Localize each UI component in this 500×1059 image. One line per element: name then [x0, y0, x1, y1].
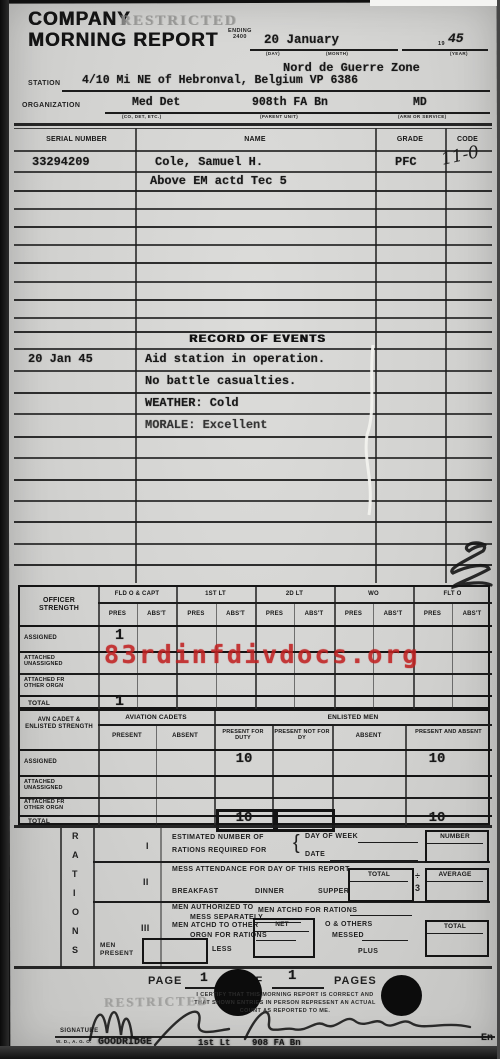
soldier-note: Above EM actd Tec 5 — [150, 174, 287, 188]
total-box-label: TOTAL — [348, 871, 410, 878]
rations-letter: N — [72, 927, 79, 937]
month-sublabel: (MONTH) — [326, 52, 348, 57]
event-line-2: No battle casualties. — [145, 374, 296, 388]
org-arm-sublabel: (ARM OR SERVICE) — [398, 115, 447, 120]
abst-label: ABS'T — [294, 611, 334, 618]
rule — [14, 479, 492, 481]
edge-text-fragment: En — [481, 1033, 493, 1044]
pres-label: PRES — [334, 611, 373, 618]
average-box-rule — [427, 881, 483, 882]
rations-numeral-3: III — [141, 924, 150, 934]
row-total: TOTAL — [28, 700, 88, 707]
abst-label: ABS'T — [137, 611, 176, 618]
pres-label: PRES — [413, 611, 452, 618]
soldier-grade: PFC — [395, 155, 417, 169]
rule — [14, 370, 492, 372]
org-parent-sublabel: (PARENT UNIT) — [260, 115, 298, 120]
rule — [14, 128, 492, 130]
divide-sign: ÷ — [415, 872, 420, 882]
row-att-other: ATTACHED FR OTHER ORGN — [24, 677, 84, 690]
grid-line — [98, 724, 492, 726]
pres-label: PRES — [176, 611, 216, 618]
day-underline — [358, 842, 418, 843]
rations-estimated-2: RATIONS REQUIRED FOR — [172, 847, 267, 855]
row-att-unassigned: ATTACHED UNASSIGNED — [24, 779, 84, 792]
rule — [14, 190, 492, 192]
rations-border — [60, 827, 62, 967]
organization-label: ORGANIZATION — [22, 102, 80, 110]
station-value: 4/10 Mi NE of Hebronval, Belgium VP 6386 — [82, 74, 358, 87]
row-assigned: ASSIGNED — [24, 635, 94, 642]
rations-total-box-rule — [427, 933, 483, 934]
officer-total-pres-value: 1 — [100, 693, 139, 710]
officer-group-1: 1ST LT — [176, 591, 255, 598]
typed-officer-unit: 908 FA Bn — [252, 1038, 301, 1048]
rule — [14, 244, 492, 246]
pres-label: PRES — [255, 611, 294, 618]
year-sublabel: (YEAR) — [450, 52, 468, 57]
men-present-box — [142, 938, 208, 964]
col-grade: GRADE — [375, 136, 445, 144]
rations-date: DATE — [305, 851, 325, 859]
rations-letter: T — [72, 870, 78, 880]
net-box-label: NET — [253, 921, 311, 928]
rule — [14, 171, 492, 173]
pages-label: PAGES — [334, 975, 377, 987]
rations-brace: { — [293, 832, 300, 854]
rations-letter: S — [72, 946, 78, 956]
rations-border — [93, 827, 95, 967]
day-sublabel: (DAY) — [266, 52, 280, 57]
o-and-others-label: O & OTHERS — [325, 921, 373, 929]
event-line-4: MORALE: Excellent — [145, 418, 267, 432]
rule — [14, 825, 492, 828]
messed-label: MESSED — [332, 932, 364, 940]
col-present-and-absent: PRESENT AND ABSENT — [407, 729, 490, 735]
enlisted-assigned-presabs-value: 10 — [407, 751, 467, 767]
rations-estimated-1: ESTIMATED NUMBER OF — [172, 834, 264, 842]
ending-label: ENDING 2400 — [228, 28, 252, 40]
abst-label: ABS'T — [452, 611, 492, 618]
form-title-line1: COMPANY — [28, 10, 131, 31]
rule — [14, 436, 492, 438]
org-parent-value: 908th FA Bn — [252, 96, 328, 109]
rule — [14, 564, 492, 566]
grid-line — [98, 711, 100, 827]
rations-day-of-week: DAY OF WEEK — [305, 833, 358, 841]
event-date: 20 Jan 45 — [28, 352, 93, 366]
dinner-label: DINNER — [255, 888, 284, 896]
paper-crease — [355, 340, 385, 520]
org-unit-value: Med Det — [132, 96, 180, 109]
date-underline-2 — [330, 860, 418, 861]
divide-three: 3 — [415, 884, 420, 894]
col-present: PRESENT — [98, 733, 156, 740]
breakfast-label: BREAKFAST — [172, 888, 218, 896]
rule — [14, 317, 492, 319]
row-att-unassigned: ATTACHED UNASSIGNED — [24, 655, 84, 668]
mess-attendance-label: MESS ATTENDANCE FOR DAY OF THIS REPORT — [172, 866, 350, 874]
officer-group-3: WO — [334, 591, 413, 598]
soldier-serial: 33294209 — [32, 155, 90, 169]
rule — [14, 521, 492, 523]
photo-top-right-edge — [370, 0, 500, 6]
grid-line — [20, 625, 492, 627]
officer-group-0: FLD O & CAPT — [98, 591, 176, 598]
event-line-1: Aid station in operation. — [145, 352, 325, 366]
men-atchd-other-label: MEN ATCHD TO OTHER — [172, 922, 258, 930]
row-assigned: ASSIGNED — [24, 759, 94, 766]
aviation-cadets-group: AVIATION CADETS — [98, 714, 214, 721]
less-label: LESS — [212, 946, 232, 954]
form-number-smallprint: W. D., A. G. O. — [56, 1040, 92, 1045]
rule — [14, 500, 492, 502]
col-absent: ABSENT — [156, 733, 214, 740]
year-preprint: 19 — [438, 41, 445, 47]
abst-label: ABS'T — [373, 611, 413, 618]
rule — [14, 208, 492, 210]
typed-officer-rank: 1st Lt — [198, 1038, 230, 1048]
men-authorized-label: MEN AUTHORIZED TO — [172, 904, 253, 912]
number-box-rule — [427, 843, 483, 844]
net-box-rule — [255, 931, 309, 932]
rations-letter: I — [73, 889, 76, 899]
col-present-for-duty: PRESENT FOR DUTY — [216, 729, 270, 742]
grid-line — [20, 695, 492, 697]
officer-stub-title: OFFICER STRENGTH — [24, 597, 94, 613]
col-present-not-for-dy: PRESENT NOT FOR DY — [274, 729, 330, 742]
rule — [14, 543, 492, 545]
page-number: 1 — [200, 970, 208, 985]
supper-label: SUPPER — [318, 888, 349, 896]
form-title-line2: MORNING REPORT — [28, 31, 218, 52]
typed-officer-name: GOODRIDGE — [98, 1037, 152, 1048]
report-year: 45 — [448, 31, 464, 46]
org-unit-sublabel: (CO, DET, ETC.) — [122, 115, 162, 120]
rule — [14, 123, 492, 126]
rations-numeral-2: II — [143, 878, 149, 888]
roster-divider-1 — [135, 128, 137, 583]
enlisted-total-duty-value: 10 — [216, 810, 272, 826]
total-notduty-heavy-box — [275, 809, 335, 832]
grid-line — [20, 673, 492, 675]
col-em-absent: ABSENT — [332, 733, 405, 740]
rule — [14, 392, 492, 394]
enlisted-strength-table: AVN CADET & ENLISTED STRENGTH AVIATION C… — [18, 709, 490, 825]
rule — [14, 457, 492, 459]
grid-line — [20, 775, 492, 777]
officer-group-2: 2D LT — [255, 591, 334, 598]
rule — [14, 413, 492, 415]
record-of-events-title: RECORD OF EVENTS — [160, 333, 355, 345]
enlisted-stub-title: AVN CADET & ENLISTED STRENGTH — [24, 717, 94, 731]
roster-divider-3 — [445, 128, 447, 583]
rule — [14, 299, 492, 301]
rations-letter: A — [72, 851, 79, 861]
pages-underline — [272, 987, 324, 989]
enlisted-total-presabs-value: 10 — [407, 810, 467, 826]
men-atchd-for-rations-label: MEN ATCHD FOR RATIONS — [258, 907, 357, 915]
zone-line: Nord de Guerre Zone — [283, 61, 420, 75]
col-name: NAME — [135, 136, 375, 144]
col-serial-number: SERIAL NUMBER — [18, 136, 135, 144]
rations-letter: R — [72, 832, 79, 842]
station-underline — [62, 90, 490, 92]
enlisted-men-group: ENLISTED MEN — [214, 714, 492, 721]
rule — [14, 150, 492, 152]
report-date: 20 January — [264, 33, 339, 47]
abst-label: ABS'T — [216, 611, 255, 618]
men-atchd-for-rations-rule — [350, 915, 412, 916]
restricted-stamp-top: RESTRICTED — [120, 13, 238, 30]
average-box-label: AVERAGE — [425, 871, 485, 878]
pres-label: PRES — [98, 611, 137, 618]
event-line-3: WEATHER: Cold — [145, 396, 239, 410]
men-present-label: MEN PRESENT — [100, 942, 140, 958]
watermark-text: 83rdinfdivdocs.org — [104, 640, 420, 669]
officer-group-4: FLT O — [413, 591, 492, 598]
rule — [14, 226, 492, 228]
rations-total-box-label: TOTAL — [425, 923, 485, 930]
col-code: CODE — [445, 136, 490, 144]
rations-numeral-1: I — [146, 842, 149, 852]
pages-number: 1 — [288, 968, 296, 984]
station-label: STATION — [28, 80, 60, 88]
number-box-label: NUMBER — [425, 833, 485, 840]
grid-line — [20, 797, 492, 799]
org-arm-value: MD — [413, 96, 427, 109]
scanned-morning-report: COMPANY MORNING REPORT RESTRICTED ENDING… — [0, 0, 500, 1059]
rule — [14, 262, 492, 264]
plus-label: PLUS — [358, 948, 378, 956]
ending-time: 2400 — [228, 34, 252, 40]
grid-line — [98, 602, 492, 604]
photo-left-edge — [0, 0, 9, 1059]
page-label: PAGE — [148, 975, 182, 987]
rations-letter: O — [72, 908, 79, 918]
soldier-name: Cole, Samuel H. — [155, 155, 263, 169]
messed-rule — [362, 940, 408, 941]
rule — [14, 348, 492, 350]
row-att-other: ATTACHED FR OTHER ORGN — [24, 799, 84, 812]
total-box-rule — [350, 881, 408, 882]
year-underline — [402, 49, 488, 51]
rule — [14, 281, 492, 283]
rule — [14, 966, 492, 969]
enlisted-assigned-duty-value: 10 — [216, 751, 272, 767]
